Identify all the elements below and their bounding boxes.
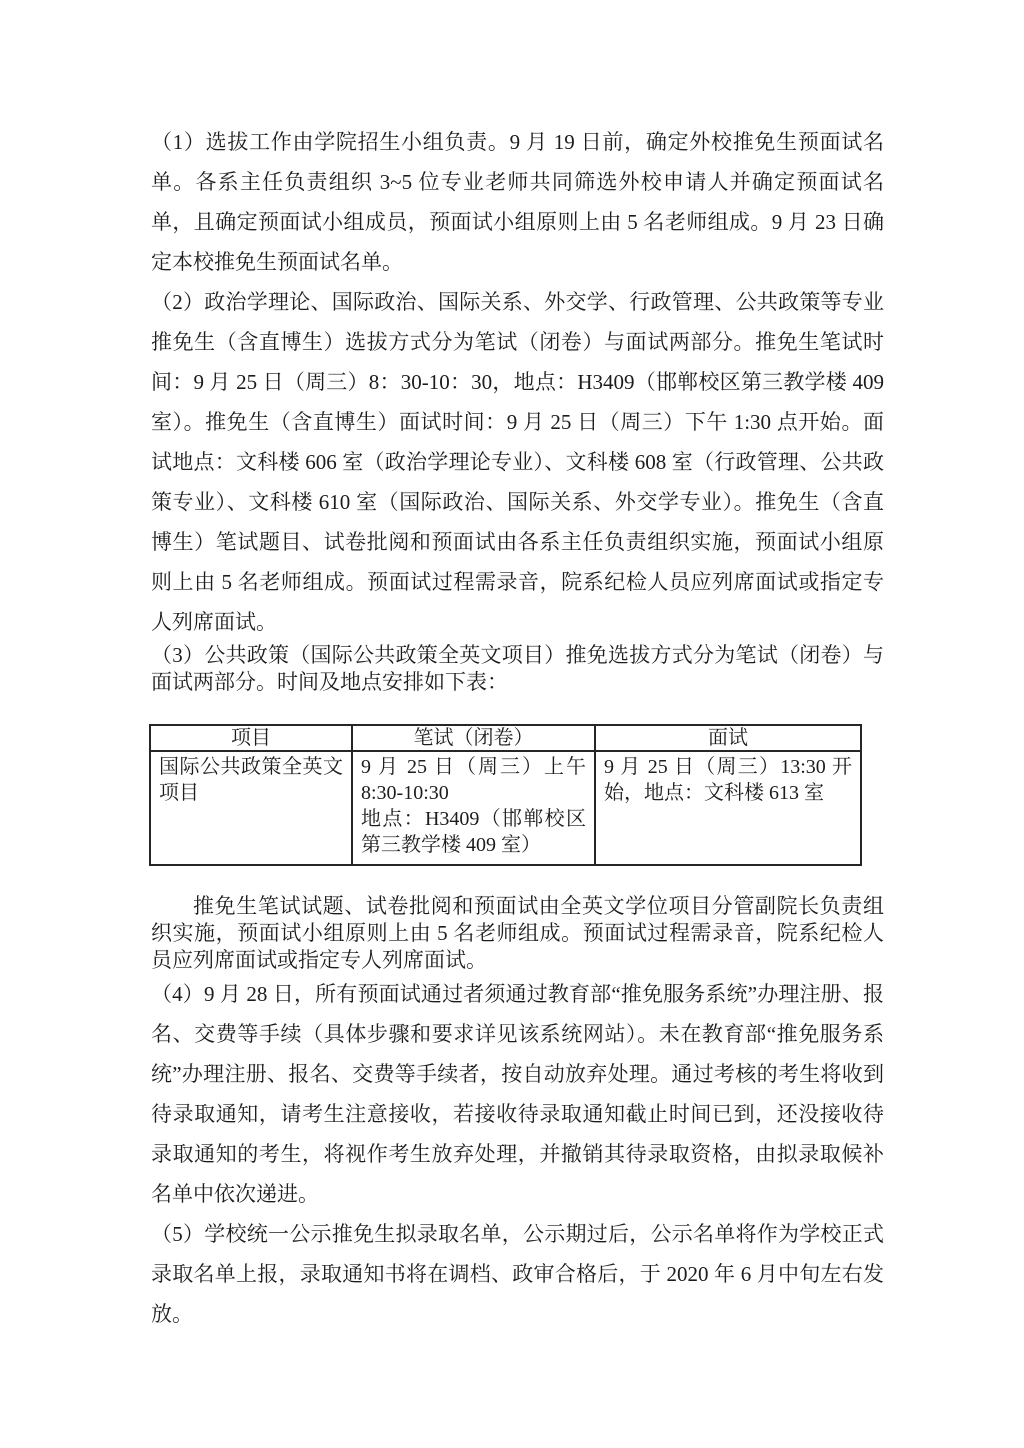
paragraph-3: （3）公共政策（国际公共政策全英文项目）推免选拔方式分为笔试（闭卷）与面试两部分…	[151, 642, 884, 696]
schedule-table: 项目 笔试（闭卷） 面试 国际公共政策全英文项目 9 月 25 日（周三）上午 …	[149, 724, 862, 866]
table-header-written-exam: 笔试（闭卷）	[352, 725, 595, 751]
document-page: （1）选拔工作由学院招生小组负责。9 月 19 日前，确定外校推免生预面试名单。…	[0, 0, 1024, 1448]
table-header-project: 项目	[150, 725, 352, 751]
paragraph-2: （2）政治学理论、国际政治、国际关系、外交学、行政管理、公共政策等专业推免生（含…	[151, 282, 884, 642]
cell-interview-info: 9 月 25 日（周三）13:30 开始，地点：文科楼 613 室	[595, 751, 861, 865]
document-body: （1）选拔工作由学院招生小组负责。9 月 19 日前，确定外校推免生预面试名单。…	[151, 122, 884, 1334]
table-row: 国际公共政策全英文项目 9 月 25 日（周三）上午 8:30-10:30 地点…	[150, 751, 861, 865]
table-header-interview: 面试	[595, 725, 861, 751]
paragraph-1: （1）选拔工作由学院招生小组负责。9 月 19 日前，确定外校推免生预面试名单。…	[151, 122, 884, 282]
paragraph-4: （4）9 月 28 日，所有预面试通过者须通过教育部“推免服务系统”办理注册、报…	[151, 974, 884, 1214]
paragraph-5: （5）学校统一公示推免生拟录取名单，公示期过后，公示名单将作为学校正式录取名单上…	[151, 1214, 884, 1334]
cell-written-exam-info: 9 月 25 日（周三）上午 8:30-10:30 地点：H3409（邯郸校区第…	[352, 751, 595, 865]
table-header-row: 项目 笔试（闭卷） 面试	[150, 725, 861, 751]
cell-project-name: 国际公共政策全英文项目	[150, 751, 352, 865]
paragraph-post-table: 推免生笔试试题、试卷批阅和预面试由全英文学位项目分管副院长负责组织实施，预面试小…	[151, 893, 884, 974]
